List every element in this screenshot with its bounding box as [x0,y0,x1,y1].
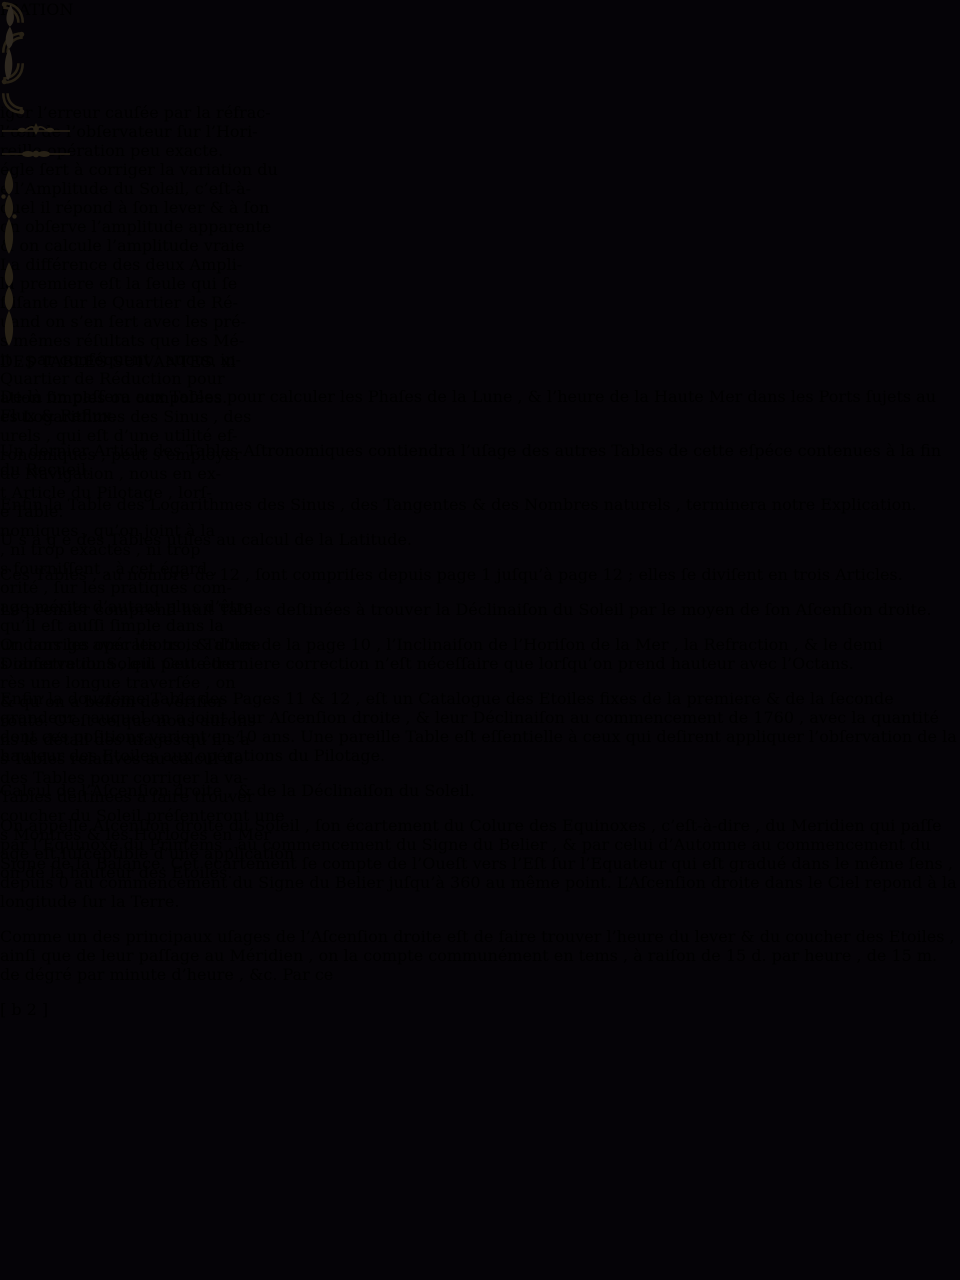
paragraph: U s a g e des Tables utiles au calcul de… [0,530,960,549]
paragraph: Comme un des principaux uſages de l’Aſce… [0,927,960,984]
paragraph: Calcul de l’Aſcenſion droite , & de la D… [0,781,960,800]
paragraph: Le premier comprend huit Tables deſtinée… [0,600,960,619]
paragraph: De-là on paſſera aux Tables pour calcule… [0,387,960,425]
book-photo: DES TABLES SUIVANTES. xi De-là on paſſer… [0,0,960,1280]
paragraph: Ces Tables , au nombre de 12 , ſont comp… [0,565,960,584]
paragraph: Enfin la Table des Logarithmes des Sinus… [0,495,960,514]
paragraph: On appelle Aſcenſion droite du Soleil , … [0,816,960,911]
signature-mark: [ b 2 ] [0,1000,960,1019]
page-number: xi [222,352,236,371]
paragraph: On corrige avec les trois Tables de la p… [0,635,960,673]
page-body: De-là on paſſera aux Tables pour calcule… [0,387,960,984]
paragraph: Un dernier Article des Tables Aſtronomiq… [0,441,960,479]
top-center-ornament-icon [0,120,960,144]
bottom-center-ornament-icon [0,144,960,168]
running-head-title: DES TABLES SUIVANTES. [0,352,217,371]
right-page: DES TABLES SUIVANTES. xi De-là on paſſer… [0,0,960,1280]
left-fleuron-icon [0,168,960,260]
paragraph: Enfin la douziéme Table des Pages 11 & 1… [0,689,960,765]
right-fleuron-icon [0,260,960,352]
running-head: DES TABLES SUIVANTES. xi [0,352,960,371]
